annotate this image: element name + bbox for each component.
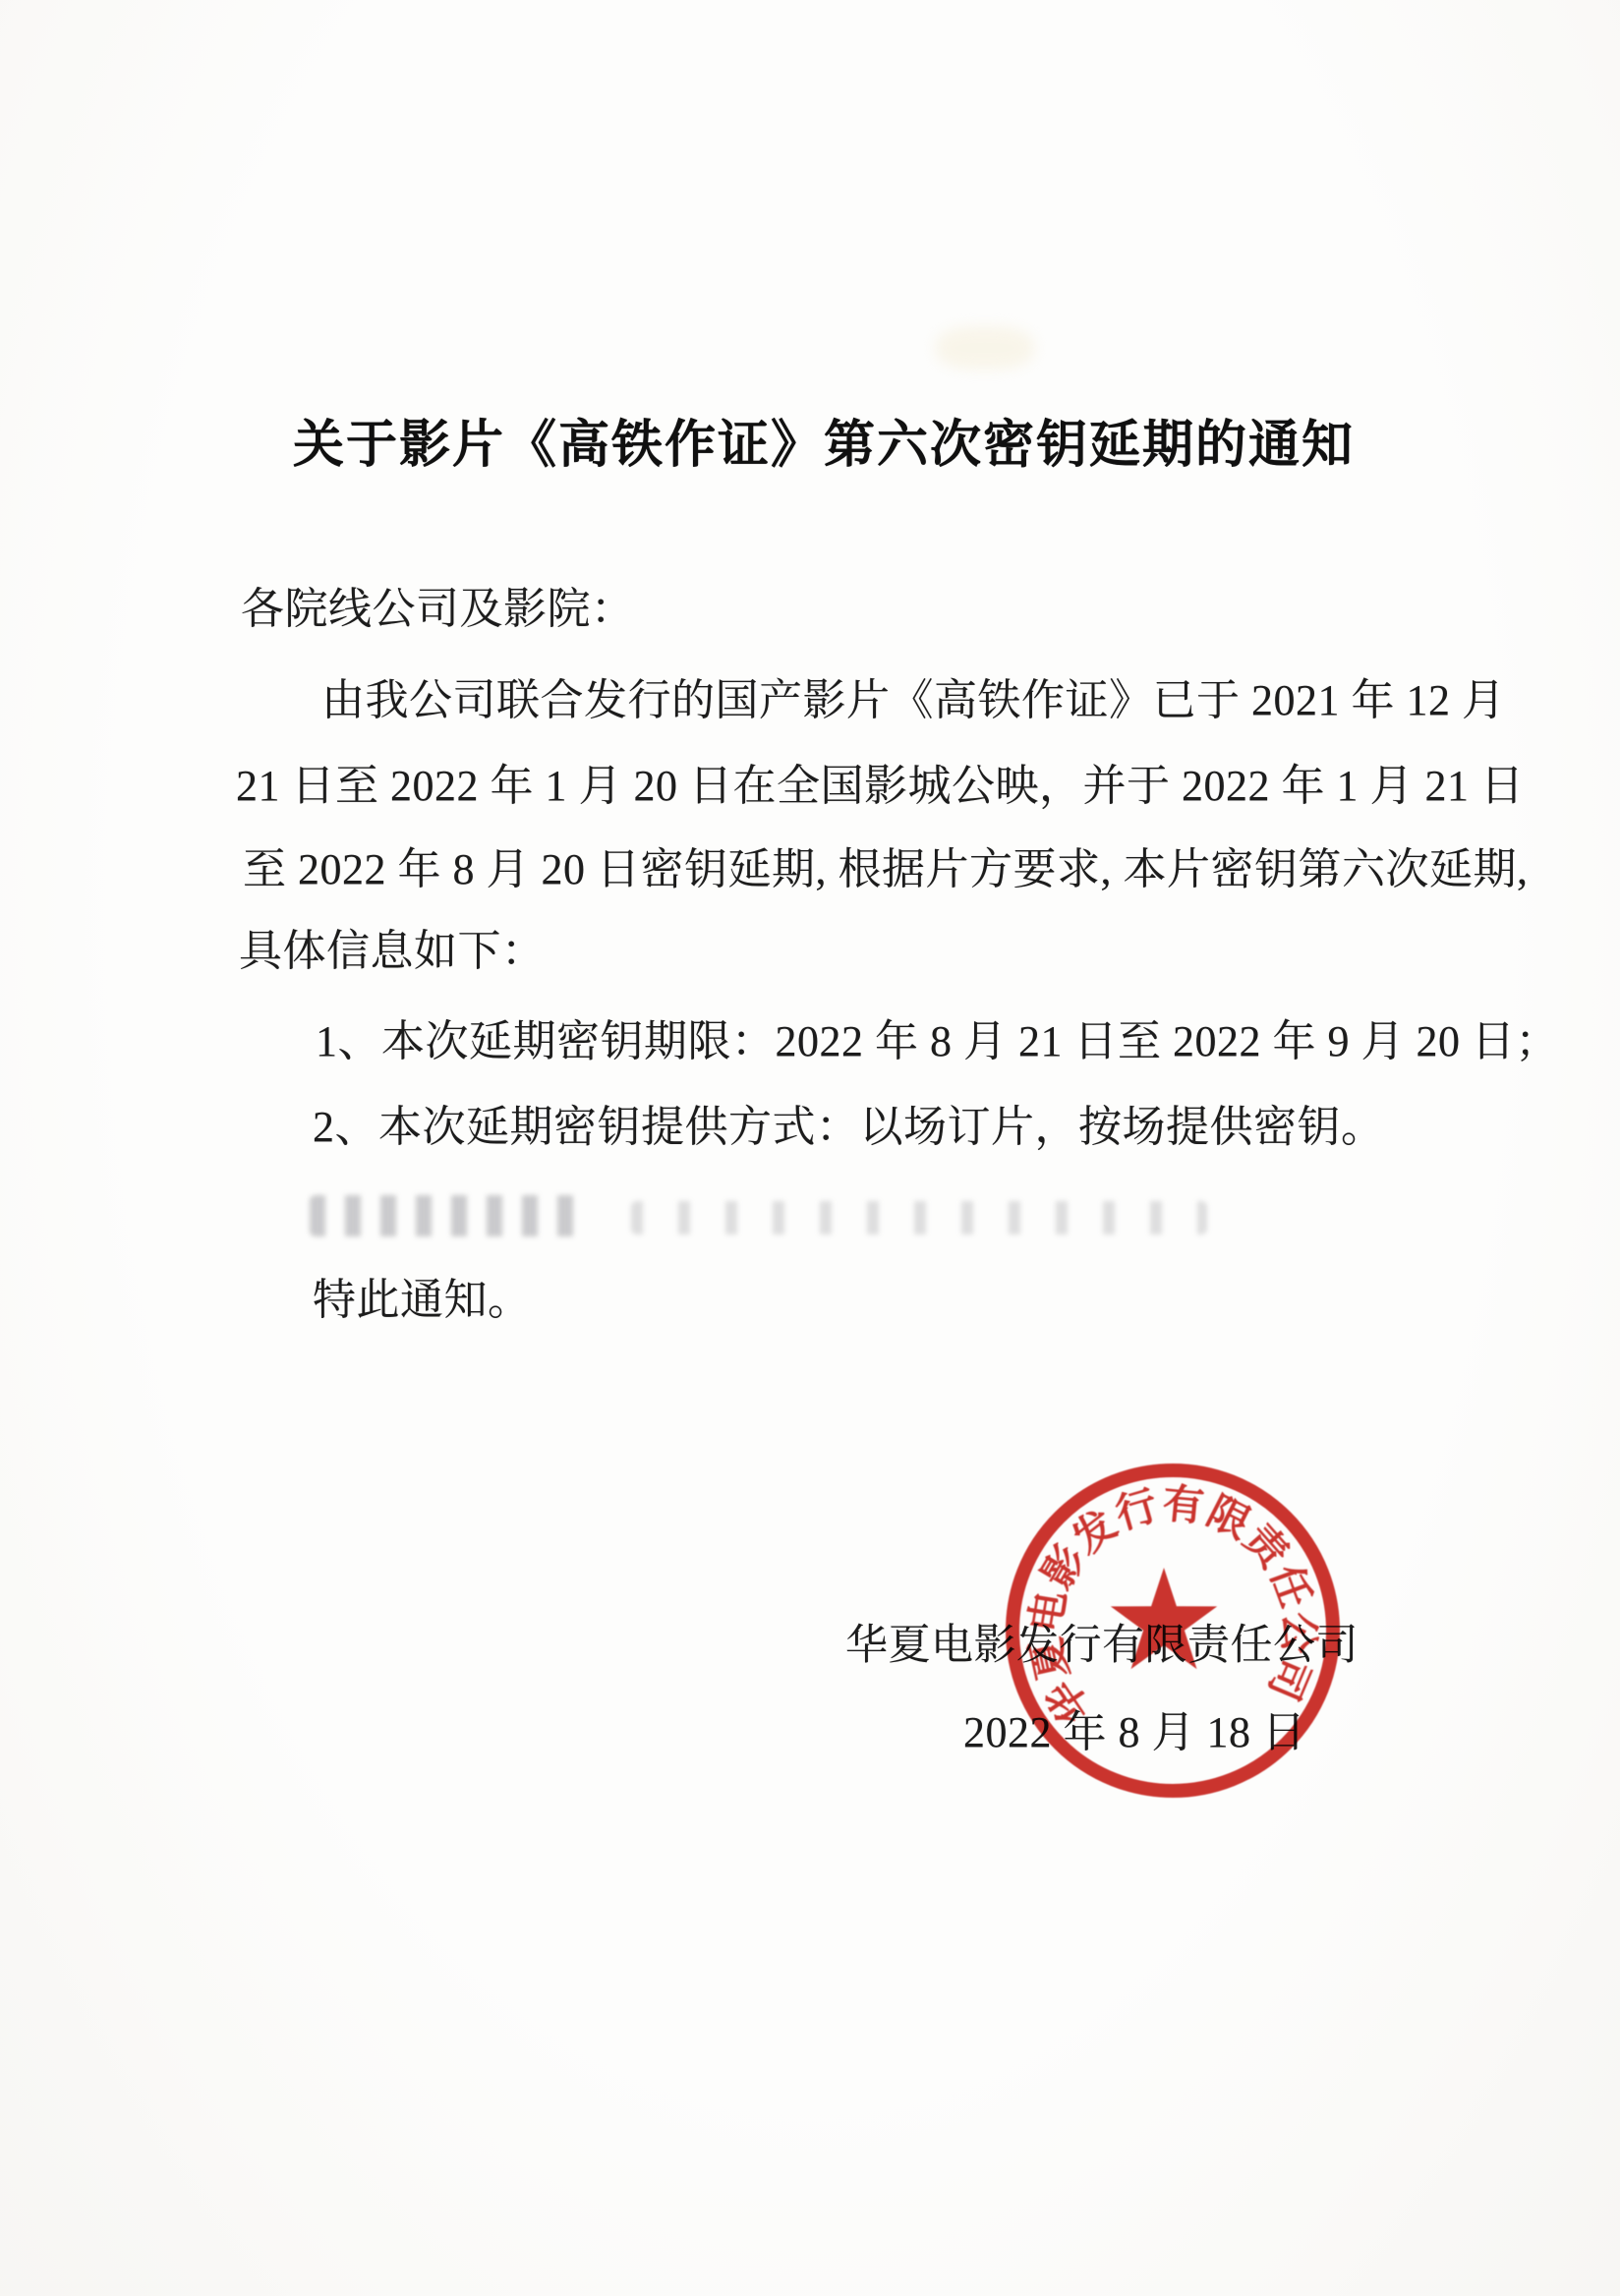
list-item: 2、本次延期密钥提供方式：以场订片，按场提供密钥。 [313,1103,1385,1152]
body-line: 21 日至 2022 年 1 月 20 日在全国影城公映，并于 2022 年 1… [236,762,1525,811]
scan-smudge [936,326,1034,370]
bleed-through-artifact [310,1195,577,1236]
closing-line: 特此通知。 [313,1276,532,1325]
salutation: 各院线公司及影院： [241,585,635,634]
bleed-through-artifact [631,1201,1207,1234]
notice-title: 关于影片《高铁作证》第六次密钥延期的通知 [14,417,1620,476]
body-line: 具体信息如下： [239,927,546,976]
body-line: 至 2022 年 8 月 20 日密钥延期, 根据片方要求, 本片密钥第六次延期… [243,845,1529,894]
notice-document-page: 关于影片《高铁作证》第六次密钥延期的通知 各院线公司及影院： 由我公司联合发行的… [0,0,1620,2296]
seal-star-icon [1111,1568,1217,1669]
list-item: 1、本次延期密钥期限：2022 年 8 月 21 日至 2022 年 9 月 2… [316,1017,1559,1066]
company-seal: 华夏电影发行有限责任公司 [986,1444,1360,1817]
body-line: 由我公司联合发行的国产影片《高铁作证》已于 2021 年 12 月 [321,676,1506,725]
